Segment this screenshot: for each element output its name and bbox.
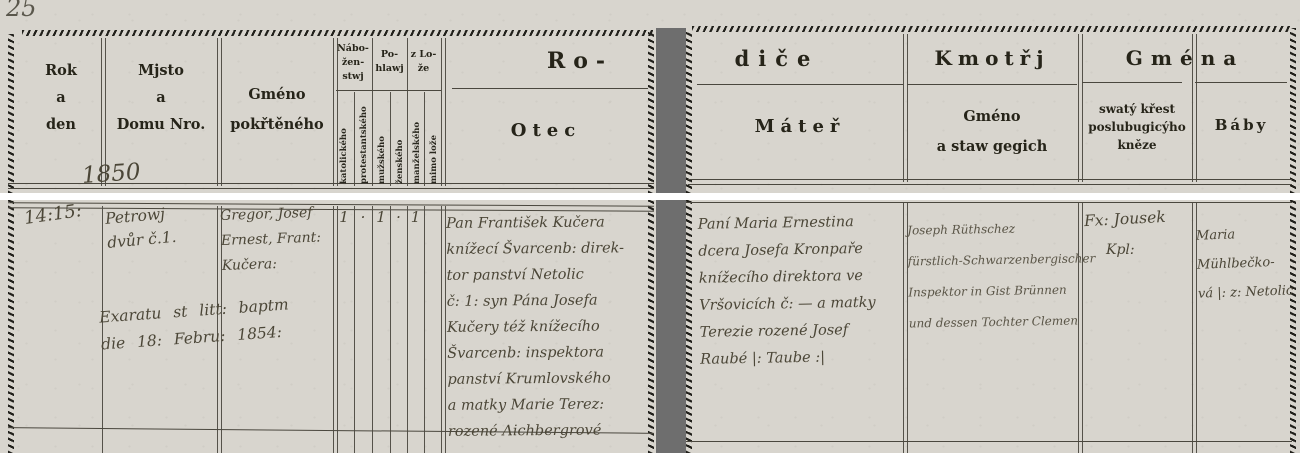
subcolumn-divider	[354, 206, 355, 453]
subcol-label-male: mužského	[373, 94, 389, 184]
subcolumn-divider	[424, 206, 425, 453]
entry-place: Petrowjdvůr č.1.	[104, 200, 220, 255]
header-bottom-rule	[688, 179, 1292, 185]
rule	[1082, 82, 1182, 83]
column-divider	[441, 206, 446, 453]
rule	[697, 84, 903, 85]
col-header-year-day: Rokaden	[20, 57, 102, 138]
big-header-names: Gména	[1082, 46, 1288, 70]
col-header-godparents-name-status: Gménoa staw gegich	[907, 102, 1077, 162]
subcol-label-catholic: katolického	[335, 94, 353, 184]
subcolumn-divider	[407, 206, 408, 453]
mark-female: ·	[391, 208, 406, 226]
col-header-baptizing-priest: swatý křestposlubugicýhokněze	[1083, 100, 1191, 154]
rule	[1195, 82, 1287, 83]
rule	[336, 90, 441, 91]
mark-catholic: 1	[335, 208, 353, 226]
entry-baptized-name: Gregor, JosefErnest, Frant:Kučera:	[220, 200, 337, 279]
subcolumn-divider	[390, 206, 391, 453]
header-strip: 25 Rokaden MjstoaDomu	[0, 0, 1300, 193]
binding-gap	[656, 28, 686, 193]
page-number: 25	[6, 0, 37, 22]
entry-mother: Paní Maria Ernestinadcera Josefa Kronpař…	[698, 208, 907, 374]
border-inner-right-page	[686, 30, 692, 193]
entry-godparents: Joseph Rüthschezfürstlich-Schwarzenbergi…	[907, 213, 1081, 340]
big-header-godparents: Kmotřj	[907, 46, 1077, 70]
subcol-label-protestant: protestantského	[355, 94, 373, 184]
entry-certificate-note: Exaratu st litt: baptmdie 18: Febru: 185…	[98, 288, 346, 359]
rule	[907, 84, 1077, 85]
group-header-religion: Nábo-žen-stwj	[334, 42, 372, 84]
row-top-rule	[686, 202, 1292, 203]
binding-gap	[656, 200, 686, 453]
border-inner-right-page	[686, 200, 692, 453]
entry-father: Pan František Kučeraknížecí Švarcenb: di…	[446, 209, 650, 445]
col-header-place-house: MjstoaDomu Nro.	[104, 57, 218, 138]
col-header-midwife: Báby	[1195, 116, 1288, 134]
big-header-parents-right-part: diče	[697, 46, 857, 71]
border-left-edge	[8, 200, 14, 453]
col-header-name-of-baptized: Gménopokřtěného	[220, 80, 334, 140]
subcolumn-divider	[372, 206, 373, 453]
border-right-edge	[1290, 28, 1296, 193]
mark-male: 1	[373, 208, 389, 226]
mark-legitimate: 1	[408, 208, 423, 226]
rule	[452, 88, 648, 89]
mark-protestant: ·	[355, 208, 371, 226]
group-header-sex: Po-hlawj	[372, 48, 407, 76]
border-left-edge	[8, 34, 14, 193]
baptism-register-scan: 25 Rokaden MjstoaDomu	[0, 0, 1300, 453]
group-header-legitimacy: z Lo-že	[406, 48, 441, 76]
entry-priest-title: Kpl:	[1106, 242, 1135, 258]
record-strip: 14:15: Petrowjdvůr č.1. Exaratu st litt:…	[0, 200, 1300, 453]
subcol-label-female: ženského	[391, 94, 407, 184]
border-top-right-page	[692, 26, 1292, 32]
col-header-mother: Máteř	[697, 116, 903, 137]
subcol-label-legitimate: manželského	[408, 94, 424, 184]
entry-priest-name: Fx: Jousek	[1084, 208, 1167, 230]
big-header-parents-left-part: Ro-	[510, 48, 650, 74]
subcol-label-illegitimate: mimo lože	[425, 94, 441, 184]
col-header-father: Otec	[444, 120, 648, 141]
border-top-left-page	[22, 30, 654, 36]
entry-midwife: MariaMühlbečko-vá |: z: Netolic	[1196, 218, 1297, 308]
row-divider	[686, 441, 1292, 442]
handwritten-year: 1850	[81, 159, 141, 189]
